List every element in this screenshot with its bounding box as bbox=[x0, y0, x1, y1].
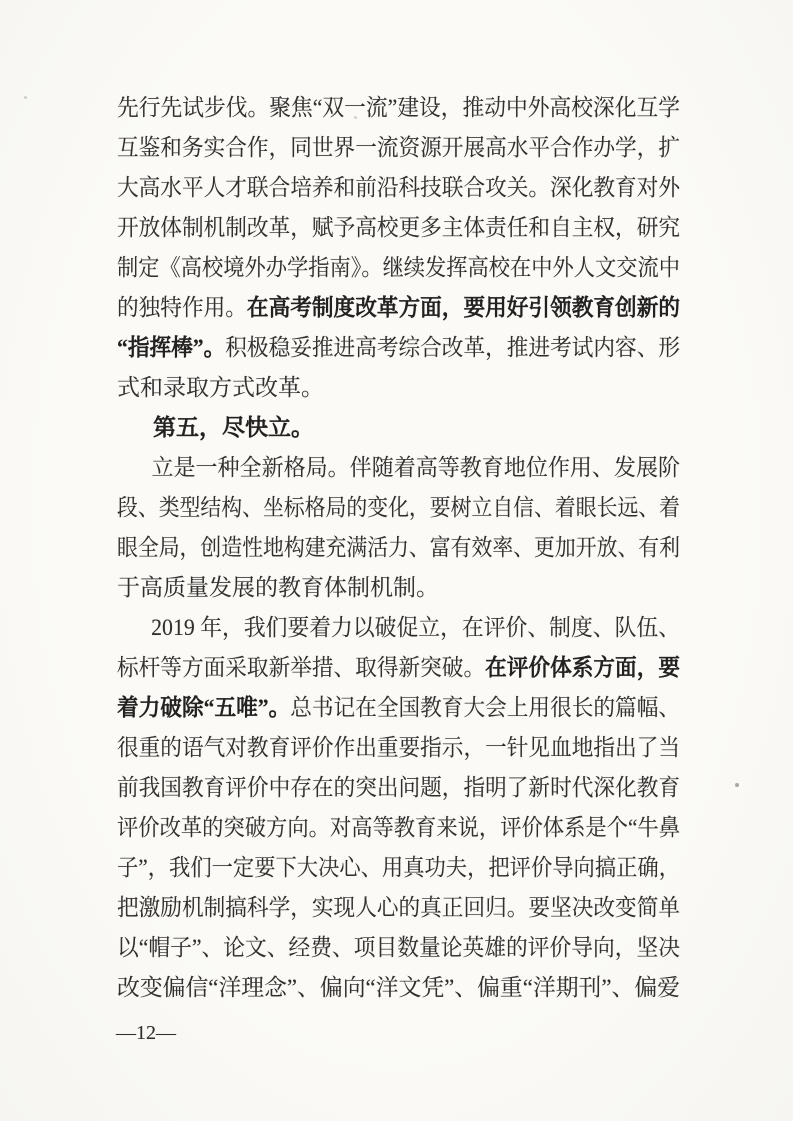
bold-text-segment: 着力破除“五唯”。 bbox=[117, 695, 290, 720]
text-line: 先行先试步伐。聚焦“双一流”建设，推动中外高校深化互学 bbox=[117, 88, 649, 128]
text-line: 把激励机制搞科学，实现人心的真正回归。要坚决改变简单 bbox=[117, 888, 647, 928]
text-segment: 改变偏信“洋理念”、偏向“洋文凭”、偏重“洋期刊”、偏爱 bbox=[117, 975, 680, 1000]
text-segment: 评价改革的突破方向。对高等教育来说，评价体系是个“牛鼻 bbox=[117, 815, 680, 840]
text-segment: 立是一种全新格局。伴随着高等教育地位作用、发展阶 bbox=[151, 455, 680, 480]
text-segment: 子”，我们一定要下大决心、用真功夫，把评价导向搞正确， bbox=[117, 855, 680, 880]
page-number: —12— bbox=[116, 1022, 176, 1045]
text-line: 的独特作用。在高考制度改革方面，要用好引领教育创新的 bbox=[117, 288, 647, 328]
text-segment: 先行先试步伐。聚焦“双一流”建设，推动中外高校深化互学 bbox=[117, 95, 680, 120]
text-line: 制定《高校境外办学指南》。继续发挥高校在中外人文交流中 bbox=[117, 248, 637, 288]
text-line: 大高水平人才联合培养和前沿科技联合攻关。深化教育对外 bbox=[117, 168, 647, 208]
bold-text-segment: 在高考制度改革方面，要用好引领教育创新的 bbox=[247, 295, 680, 320]
text-segment: 前我国教育评价中存在的突出问题，指明了新时代深化教育 bbox=[117, 775, 680, 800]
bold-text-segment: “指挥棒”。 bbox=[117, 335, 225, 360]
text-line: 评价改革的突破方向。对高等教育来说，评价体系是个“牛鼻 bbox=[117, 808, 638, 848]
text-segment: 互鉴和务实合作，同世界一流资源开展高水平合作办学，扩 bbox=[117, 135, 680, 160]
text-line: 互鉴和务实合作，同世界一流资源开展高水平合作办学，扩 bbox=[117, 128, 647, 168]
text-line: 标杆等方面采取新举措、取得新突破。在评价体系方面，要 bbox=[117, 648, 647, 688]
text-line: 改变偏信“洋理念”、偏向“洋文凭”、偏重“洋期刊”、偏爱 bbox=[117, 968, 676, 1008]
scan-speck bbox=[354, 116, 357, 119]
text-line: 第五，尽快立。 bbox=[117, 408, 680, 448]
text-segment: 于高质量发展的教育体制机制。 bbox=[117, 575, 439, 600]
text-line: 很重的语气对教育评价作出重要指示，一针见血地指出了当 bbox=[117, 728, 647, 768]
text-line: 子”，我们一定要下大决心、用真功夫，把评价导向搞正确， bbox=[117, 848, 638, 888]
text-line: 立是一种全新格局。伴随着高等教育地位作用、发展阶 bbox=[117, 448, 656, 488]
text-segment: 制定《高校境外办学指南》。继续发挥高校在中外人文交流中 bbox=[117, 255, 680, 280]
scanned-document-page: 先行先试步伐。聚焦“双一流”建设，推动中外高校深化互学互鉴和务实合作，同世界一流… bbox=[0, 0, 793, 1121]
text-line: “指挥棒”。积极稳妥推进高考综合改革，推进考试内容、形 bbox=[117, 328, 647, 368]
text-segment: 的独特作用。 bbox=[117, 295, 247, 320]
text-segment: 标杆等方面采取新举措、取得新突破。 bbox=[117, 655, 485, 680]
text-segment: 总书记在全国教育大会上用很长的篇幅、 bbox=[290, 695, 680, 720]
document-body: 先行先试步伐。聚焦“双一流”建设，推动中外高校深化互学互鉴和务实合作，同世界一流… bbox=[117, 88, 680, 1008]
text-segment: 眼全局，创造性地构建充满活力、富有效率、更加开放、有利 bbox=[117, 535, 680, 560]
bold-text-segment: 第五，尽快立。 bbox=[153, 415, 314, 440]
text-line: 于高质量发展的教育体制机制。 bbox=[117, 568, 680, 608]
text-line: 2019 年，我们要着力以破促立，在评价、制度、队伍、 bbox=[117, 608, 651, 648]
text-segment: 积极稳妥推进高考综合改革，推进考试内容、形 bbox=[225, 335, 680, 360]
scan-speck bbox=[24, 96, 27, 99]
text-segment: 段、类型结构、坐标格局的变化，要树立自信、着眼长远、着 bbox=[117, 495, 680, 520]
text-line: 着力破除“五唯”。总书记在全国教育大会上用很长的篇幅、 bbox=[117, 688, 647, 728]
text-segment: 式和录取方式改革。 bbox=[117, 375, 324, 400]
text-segment: 开放体制机制改革，赋予高校更多主体责任和自主权，研究 bbox=[117, 215, 680, 240]
text-segment: 大高水平人才联合培养和前沿科技联合攻关。深化教育对外 bbox=[117, 175, 680, 200]
scan-speck bbox=[735, 783, 739, 787]
text-line: 开放体制机制改革，赋予高校更多主体责任和自主权，研究 bbox=[117, 208, 647, 248]
text-segment: 以“帽子”、论文、经费、项目数量论英雄的评价导向，坚决 bbox=[117, 935, 680, 960]
text-line: 眼全局，创造性地构建充满活力、富有效率、更加开放、有利 bbox=[117, 528, 627, 568]
text-segment: 把激励机制搞科学，实现人心的真正回归。要坚决改变简单 bbox=[117, 895, 680, 920]
text-line: 段、类型结构、坐标格局的变化，要树立自信、着眼长远、着 bbox=[117, 488, 627, 528]
text-line: 以“帽子”、论文、经费、项目数量论英雄的评价导向，坚决 bbox=[117, 928, 649, 968]
bold-text-segment: 在评价体系方面，要 bbox=[485, 655, 680, 680]
text-segment: 很重的语气对教育评价作出重要指示，一针见血地指出了当 bbox=[117, 735, 680, 760]
text-line: 前我国教育评价中存在的突出问题，指明了新时代深化教育 bbox=[117, 768, 647, 808]
text-segment: 2019 年，我们要着力以破促立，在评价、制度、队伍、 bbox=[151, 615, 680, 640]
text-line: 式和录取方式改革。 bbox=[117, 368, 680, 408]
